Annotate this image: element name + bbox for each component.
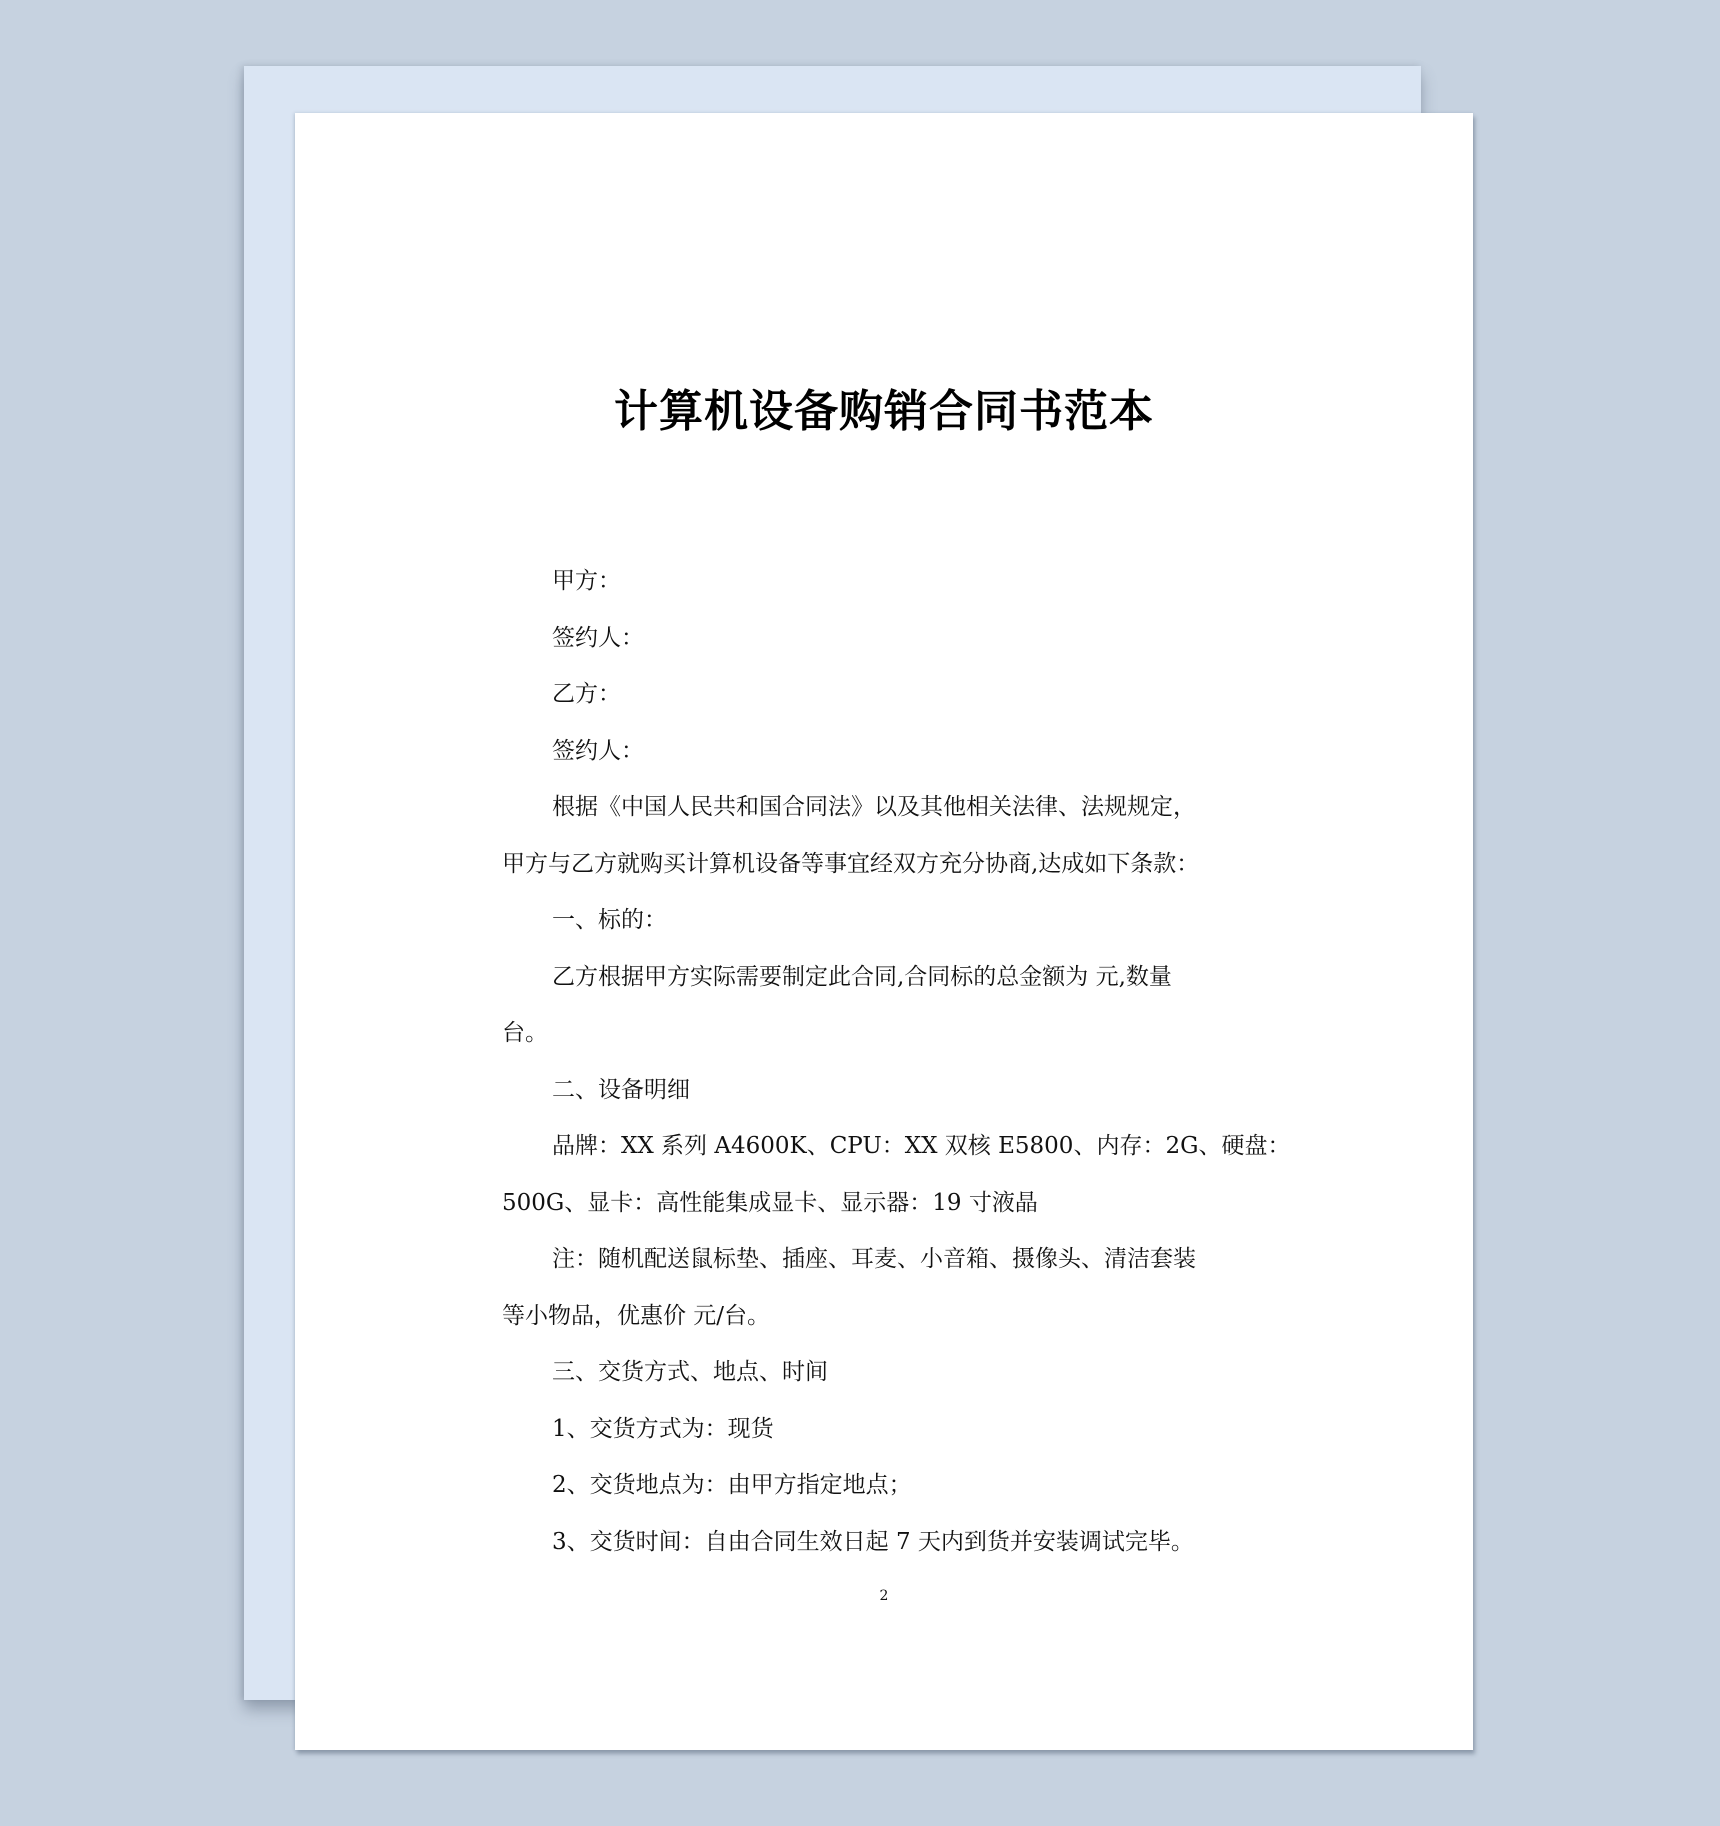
- party-a-line: 甲方：: [502, 553, 1262, 610]
- note-line-1: 注：随机配送鼠标垫、插座、耳麦、小音箱、摄像头、清洁套装: [502, 1231, 1262, 1288]
- section-2-heading: 二、设备明细: [502, 1062, 1262, 1119]
- equipment-spec-line-1: 品牌：XX 系列 A4600K、CPU：XX 双核 E5800、内存：2G、硬盘…: [502, 1118, 1262, 1175]
- party-b-line: 乙方：: [502, 666, 1262, 723]
- preamble-line-2: 甲方与乙方就购买计算机设备等事宜经双方充分协商,达成如下条款：: [502, 836, 1262, 893]
- party-b-signatory-line: 签约人：: [502, 723, 1262, 780]
- equipment-spec-line-2: 500G、显卡：高性能集成显卡、显示器：19 寸液晶: [502, 1175, 1262, 1232]
- document-page: 计算机设备购销合同书范本 甲方： 签约人： 乙方： 签约人： 根据《中国人民共和…: [295, 113, 1473, 1750]
- document-body: 甲方： 签约人： 乙方： 签约人： 根据《中国人民共和国合同法》以及其他相关法律…: [502, 553, 1262, 1570]
- delivery-location-line: 2、交货地点为：由甲方指定地点；: [502, 1457, 1262, 1514]
- delivery-method-line: 1、交货方式为：现货: [502, 1401, 1262, 1458]
- section-3-heading: 三、交货方式、地点、时间: [502, 1344, 1262, 1401]
- preamble-line-1: 根据《中国人民共和国合同法》以及其他相关法律、法规规定，: [502, 779, 1262, 836]
- document-title: 计算机设备购销合同书范本: [295, 375, 1473, 439]
- party-a-signatory-line: 签约人：: [502, 610, 1262, 667]
- page-number: 2: [295, 1588, 1473, 1604]
- delivery-time-line: 3、交货时间：自由合同生效日起 7 天内到货并安装调试完毕。: [502, 1514, 1262, 1571]
- section-1-body-line-2: 台。: [502, 1005, 1262, 1062]
- note-line-2: 等小物品，优惠价 元/台。: [502, 1288, 1262, 1345]
- section-1-heading: 一、标的：: [502, 892, 1262, 949]
- section-1-body-line-1: 乙方根据甲方实际需要制定此合同,合同标的总金额为 元,数量: [502, 949, 1262, 1006]
